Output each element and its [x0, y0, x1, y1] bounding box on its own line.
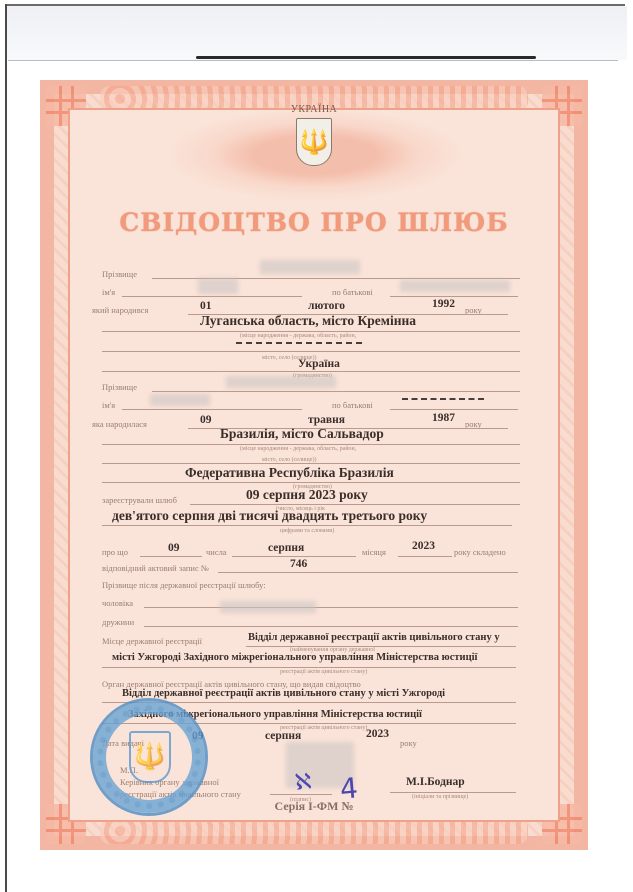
bride-birthplace-line [102, 444, 520, 445]
groom-patronymic-label: по батькові [332, 287, 373, 297]
issuer-line1: Відділ державної реєстрації актів цивіль… [122, 688, 445, 699]
bride-birthplace-hint: (місце народження - держава, область, ра… [240, 446, 356, 452]
husband-surname-line [144, 607, 518, 608]
record-number: 746 [290, 558, 307, 570]
bride-city-hint: місто, село (селище)) [262, 457, 316, 463]
groom-name-line [122, 296, 302, 297]
about-which-label: про що [102, 547, 128, 557]
scan-edge-left [5, 4, 7, 892]
record-day-line [140, 556, 202, 557]
scanner-background [7, 6, 627, 60]
day-word-label: числа [206, 547, 227, 557]
wife-label: дружини [102, 617, 134, 627]
scan-paper-edge [196, 56, 536, 59]
record-month-line [232, 556, 356, 557]
bride-born-label: яка народилася [92, 419, 147, 429]
groom-patronymic-line [390, 296, 518, 297]
bride-birth-year: 1987 [432, 412, 455, 424]
record-month: серпня [268, 542, 304, 554]
bride-birth-month: травня [308, 414, 345, 426]
registered-label: зареєстрували шлюб [102, 495, 177, 505]
bride-patronymic-label: по батькові [332, 400, 373, 410]
groom-city-line [102, 351, 520, 352]
groom-birth-year: 1992 [432, 298, 455, 310]
document-title: СВІДОЦТВО ПРО ШЛЮБ [40, 208, 588, 237]
marriage-date-line [190, 504, 520, 505]
redacted-husband-surname [220, 601, 316, 613]
scan-fold-line [8, 60, 618, 61]
groom-birth-month: лютого [308, 300, 345, 312]
bride-patronymic-line [390, 409, 518, 410]
issue-year-suffix: року [400, 738, 417, 748]
head-name: М.І.Боднар [406, 776, 465, 788]
groom-birthplace-underline [236, 342, 362, 344]
redacted-groom-surname [260, 260, 360, 274]
words-hint: цифрами та словами) [280, 528, 334, 534]
bride-surname-label: Прізвище [102, 382, 137, 392]
groom-birthplace-hint: (місце народження - держава, область, ра… [240, 333, 356, 339]
bride-citizenship-line [102, 482, 520, 483]
record-day: 09 [168, 542, 180, 554]
bride-patronymic-dash [402, 398, 484, 400]
bride-citizenship: Федеративна Республіка Бразилія [185, 465, 394, 481]
wife-surname-line [144, 626, 518, 627]
certificate-series: Серія І-ФМ № [40, 799, 588, 814]
groom-born-label: який народився [92, 305, 148, 315]
groom-birthplace: Луганська область, місто Кремінна [200, 313, 416, 329]
record-year: 2023 [412, 540, 435, 552]
redacted-groom-name [198, 278, 238, 294]
groom-surname-label: Прізвище [102, 269, 137, 279]
month-word-label: місяця [362, 547, 386, 557]
groom-name-label: ім'я [102, 287, 115, 297]
issue-year: 2023 [366, 728, 389, 740]
record-year-line [398, 556, 452, 557]
registration-place-line2: місті Ужгороді Західного міжрегіональног… [112, 652, 477, 663]
groom-citizenship-line [102, 371, 520, 372]
redacted-bride-surname [226, 376, 336, 388]
bride-name-line [122, 409, 302, 410]
authority-hint-2: реєстрації актів цивільного стану) [280, 669, 367, 675]
registration-place-line [246, 646, 516, 647]
registration-place-line1: Відділ державної реєстрації актів цивіль… [248, 632, 500, 643]
year-compiled-label: року складено [454, 547, 506, 557]
record-number-line [218, 572, 518, 573]
redacted-groom-patronymic [400, 280, 510, 292]
trident-icon: 🔱 [296, 118, 332, 166]
surnames-after-label: Прізвище після державної реєстрації шлюб… [102, 580, 266, 590]
head-name-line [390, 792, 516, 793]
marriage-date-digits: 09 серпня 2023 року [246, 487, 368, 503]
redacted-bride-name [150, 394, 210, 406]
stamp-trident-icon: 🔱 [129, 731, 171, 783]
record-number-label: відповідний актовий запис № [102, 563, 209, 573]
groom-citizenship: Україна [298, 358, 340, 370]
issue-month: серпня [265, 730, 301, 742]
bride-city-line [102, 463, 520, 464]
marriage-date-words: дев'ятого серпня дві тисячі двадцять тре… [112, 508, 427, 524]
place-of-registration-label: Місце державної реєстрації [102, 636, 202, 646]
bride-birth-day: 09 [200, 414, 212, 426]
bride-name-label: ім'я [102, 400, 115, 410]
marriage-words-line [102, 525, 512, 526]
country-label: УКРАЇНА [40, 104, 588, 115]
scan-edge-top [5, 4, 625, 6]
husband-label: чоловіка [102, 598, 133, 608]
bride-birthplace: Бразилія, місто Сальвадор [220, 426, 384, 442]
groom-birth-day: 01 [200, 300, 212, 312]
groom-birthplace-line [102, 331, 520, 332]
signature-scribble: ℵ [294, 769, 313, 795]
registration-place-line-2 [102, 667, 516, 668]
bride-surname-line [152, 391, 520, 392]
marriage-certificate: УКРАЇНА 🔱 СВІДОЦТВО ПРО ШЛЮБ Прізвище ім… [40, 80, 588, 850]
